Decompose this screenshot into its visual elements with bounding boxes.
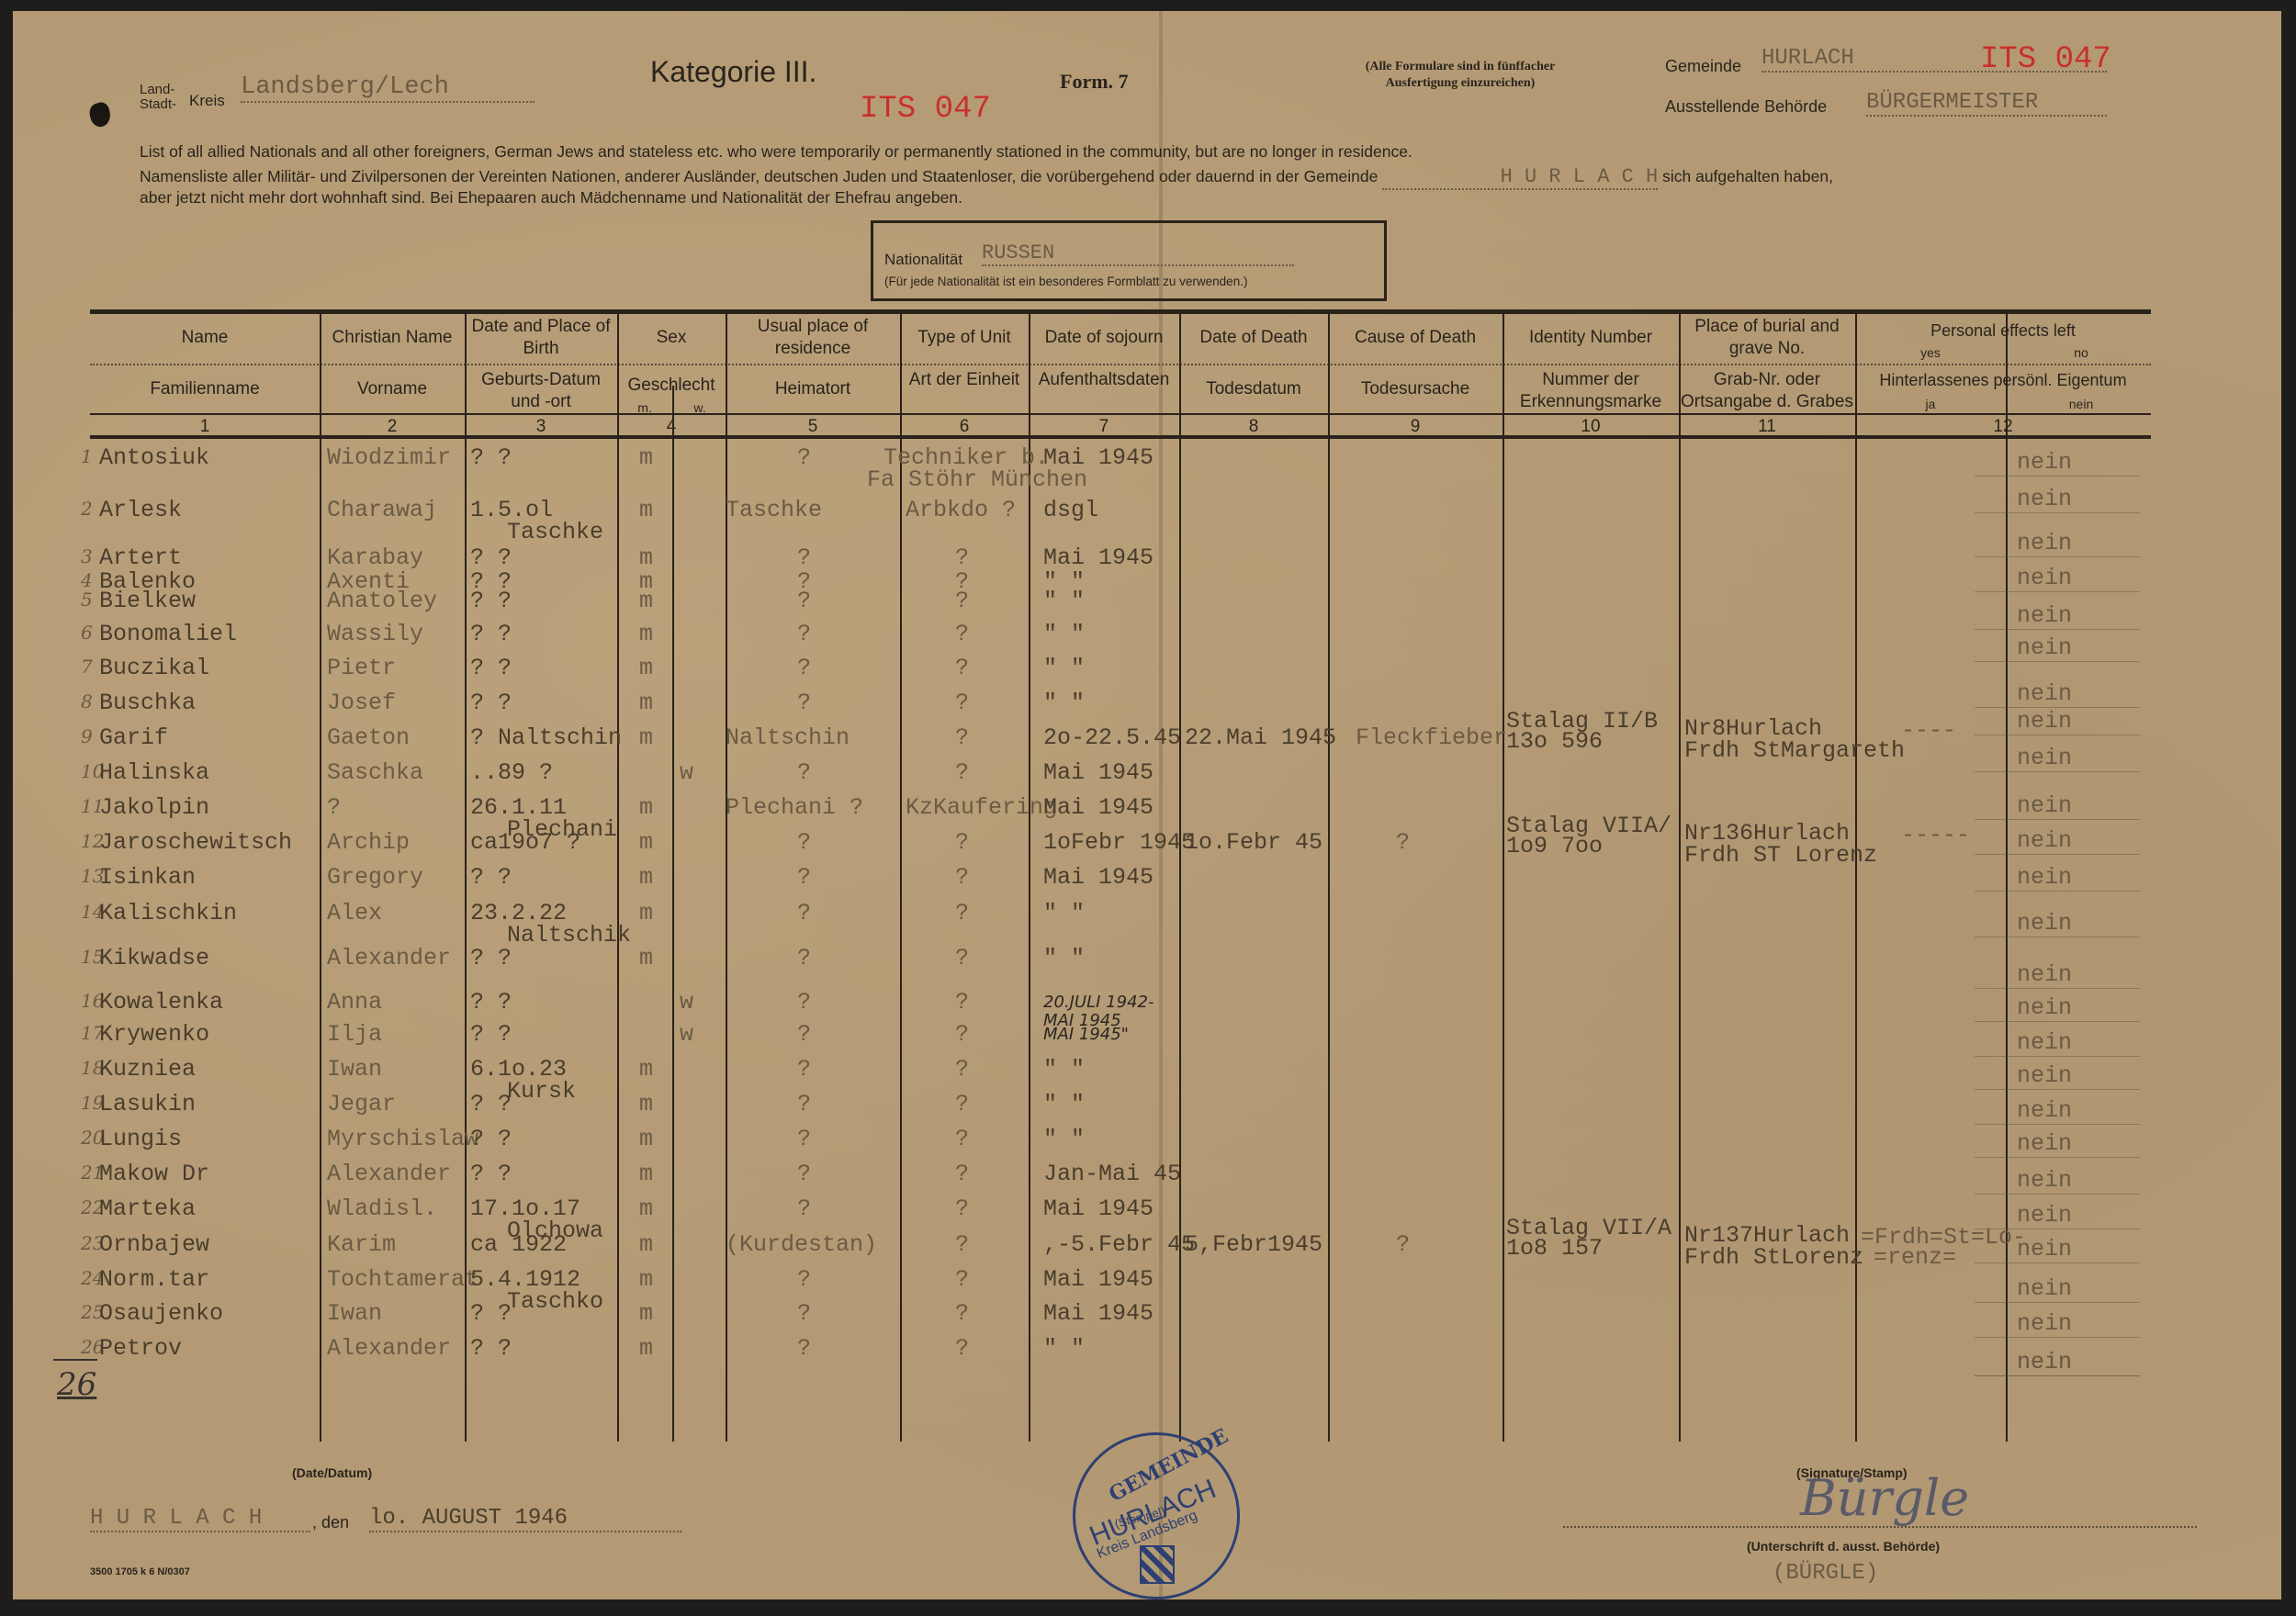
unit-type: ?: [955, 1057, 969, 1083]
surname: Halinska: [99, 760, 209, 786]
residence: ?: [797, 1161, 811, 1187]
sex-m: m: [639, 498, 653, 523]
effects-rule: [1975, 591, 2140, 592]
residence: ?: [797, 865, 811, 891]
table-top-rule: [90, 309, 2151, 314]
footer-place: H U R L A C H: [90, 1506, 310, 1532]
birth-date: ? ?: [470, 1336, 512, 1362]
column-header-de: Geschlecht: [617, 375, 726, 397]
birth-date: ? ?: [470, 946, 512, 971]
row-number: 7: [81, 654, 93, 679]
residence: ?: [797, 622, 811, 647]
sex-sub-w: w.: [672, 397, 727, 419]
first-name: Tochtamerat: [327, 1267, 478, 1293]
surname: Kalischkin: [99, 901, 237, 926]
effects-rule: [1975, 1089, 2140, 1090]
unit-type: ?: [955, 725, 969, 751]
effects-no: nein: [2017, 793, 2072, 819]
effects-sub-yes: yes: [1903, 342, 1958, 364]
total-count: 26: [57, 1366, 96, 1403]
surname: Ornbajew: [99, 1232, 209, 1258]
effects-no: nein: [2017, 911, 2072, 937]
effects-no: nein: [2017, 1350, 2072, 1375]
sojourn-date: Mai 1945: [1043, 545, 1154, 571]
unit-type: ?: [955, 589, 969, 614]
birth-date: ? ?: [470, 1022, 512, 1048]
surname: Osaujenko: [99, 1301, 223, 1327]
surname: Garif: [99, 725, 168, 751]
birth-date: ? ?: [470, 865, 512, 891]
row-number: 8: [81, 689, 93, 714]
effects-rule: [1975, 1056, 2140, 1057]
birth-date: ? Naltschin: [470, 725, 622, 751]
residence: ?: [797, 1022, 811, 1048]
unit-type: ?: [955, 1267, 969, 1293]
its-stamp-2: ITS 047: [1980, 42, 2111, 77]
death-date: 22.Mai 1945: [1185, 725, 1336, 751]
birth-date: ? ?: [470, 589, 512, 614]
residence: ?: [797, 1196, 811, 1222]
birth-place: Naltschik: [507, 923, 631, 948]
column-header-de: Todesursache: [1328, 378, 1503, 400]
residence: ?: [797, 760, 811, 786]
first-name: Anna: [327, 990, 382, 1016]
effects-no: nein: [2017, 1276, 2072, 1302]
column-header-de: Aufenthaltsdaten: [1029, 369, 1179, 391]
signature-sub-label: (Unterschrift d. ausst. Behörde): [1747, 1539, 1940, 1554]
residence: ?: [797, 946, 811, 971]
nationality-label: Nationalität: [884, 251, 962, 269]
row-number: 9: [81, 724, 93, 749]
column-number: 2: [320, 416, 465, 438]
effects-no: nein: [2017, 531, 2072, 556]
effects-no: nein: [2017, 1311, 2072, 1337]
column-header-en: Identity Number: [1503, 327, 1679, 349]
row-number: 6: [81, 620, 93, 645]
identity-number-2: 1o8 157: [1506, 1236, 1603, 1262]
date-label: (Date/Datum): [292, 1465, 372, 1480]
column-divider: [1328, 312, 1330, 1442]
first-name: Karabay: [327, 545, 423, 571]
sex-m: m: [639, 1127, 653, 1152]
column-divider: [1855, 312, 1857, 1442]
surname: Bonomaliel: [99, 622, 237, 647]
unit-type: ?: [955, 690, 969, 716]
effects-no: nein: [2017, 635, 2072, 661]
effects-no: nein: [2017, 1168, 2072, 1194]
sex-w: w: [680, 1022, 693, 1048]
unit-type: ?: [955, 1127, 969, 1152]
effects-no: nein: [2017, 450, 2072, 476]
sojourn-date: Mai 1945: [1043, 760, 1154, 786]
effects-no: nein: [2017, 995, 2072, 1021]
land-label: Land-: [140, 83, 176, 97]
row-number: 2: [81, 496, 93, 522]
stadt-label: Stadt-: [140, 97, 176, 112]
unit-type: ?: [955, 545, 969, 571]
sojourn-date: Mai 1945: [1043, 795, 1154, 821]
surname: Petrov: [99, 1336, 182, 1362]
print-code: 3500 1705 k 6 N/0307: [90, 1566, 190, 1577]
effects-rule: [1975, 1337, 2140, 1338]
effects-rule: [1975, 661, 2140, 662]
sex-m: m: [639, 1336, 653, 1362]
sex-m: m: [639, 901, 653, 926]
effects-rule: [1975, 891, 2140, 892]
effects-no: nein: [2017, 1131, 2072, 1157]
residence: ?: [797, 1092, 811, 1117]
surname: Norm.tar: [99, 1267, 209, 1293]
sex-m: m: [639, 656, 653, 681]
copies-note: (Alle Formulare sind in fünffacher Ausfe…: [1341, 59, 1580, 92]
sex-m: m: [639, 1057, 653, 1083]
first-name: Jegar: [327, 1092, 396, 1117]
sojourn-date: 2o-22.5.45: [1043, 725, 1181, 751]
residence: ?: [797, 1301, 811, 1327]
residence: (Kurdestan): [726, 1232, 877, 1258]
unit-type: ?: [955, 1232, 969, 1258]
form-number: Form. 7: [1060, 70, 1129, 94]
residence: ?: [797, 1336, 811, 1362]
birth-date: ? ?: [470, 690, 512, 716]
surname: Buczikal: [99, 656, 209, 681]
surname: Kuzniea: [99, 1057, 196, 1083]
residence: ?: [797, 589, 811, 614]
total-rule: [53, 1359, 97, 1361]
unit-type: ?: [955, 830, 969, 856]
identity-number-2: 1o9 7oo: [1506, 834, 1603, 859]
row-number: 1: [81, 443, 93, 469]
first-name: Alexander: [327, 946, 451, 971]
burial-place-2: Frdh ST Lorenz: [1684, 843, 1877, 869]
effects-no: nein: [2017, 962, 2072, 988]
first-name: Alexander: [327, 1336, 451, 1362]
column-number: 10: [1503, 416, 1679, 438]
column-header-en: Personal effects left: [1855, 320, 2151, 342]
surname: Makow Dr: [99, 1161, 209, 1187]
effects-rule: [1975, 1124, 2140, 1125]
sex-m: m: [639, 795, 653, 821]
unit-type: ?: [955, 901, 969, 926]
row-number: 5: [81, 587, 93, 612]
table-header-rule: [90, 413, 2151, 415]
unit-type: ?: [955, 1161, 969, 1187]
first-name: Pietr: [327, 656, 396, 681]
effects-rule: [1975, 771, 2140, 772]
column-header-en: Usual place of residence: [726, 316, 900, 360]
sojourn-date: " ": [1043, 589, 1085, 614]
column-divider: [1679, 312, 1681, 1442]
unit-type: ?: [955, 1092, 969, 1117]
column-divider: [672, 386, 674, 1442]
first-name: Gregory: [327, 865, 423, 891]
burial-place-2: Frdh StMargareth: [1684, 738, 1905, 764]
unit-type: ?: [955, 1301, 969, 1327]
sojourn-date: " ": [1043, 690, 1085, 716]
effects-no: nein: [2017, 603, 2072, 629]
surname: Bielkew: [99, 589, 196, 614]
sojourn-date: ,-5.Febr 45: [1043, 1232, 1195, 1258]
column-header-de: Grab-Nr. oder Ortsangabe d. Grabes: [1679, 369, 1855, 413]
surname: Marteka: [99, 1196, 196, 1222]
unit-type: ?: [955, 760, 969, 786]
effects-rule: [1975, 988, 2140, 989]
effects-rule: [1975, 1302, 2140, 1303]
residence: Naltschin: [726, 725, 850, 751]
death-date: 5,Febr1945: [1185, 1232, 1322, 1258]
first-name: Alexander: [327, 1161, 451, 1187]
effects-no: nein: [2017, 566, 2072, 591]
first-name: Alex: [327, 901, 382, 926]
nationality-value: RUSSEN: [982, 241, 1294, 266]
effects-rule: [1975, 1194, 2140, 1195]
sojourn-date: 1oFebr 1945: [1043, 830, 1195, 856]
intro-german-2: aber jetzt nicht mehr dort wohnhaft sind…: [140, 188, 962, 208]
sex-w: w: [680, 760, 693, 786]
gemeinde-label: Gemeinde: [1665, 57, 1741, 76]
surname: Krywenko: [99, 1022, 209, 1048]
birth-place: Kursk: [507, 1079, 576, 1105]
effects-rule: [1975, 1262, 2140, 1263]
residence: ?: [797, 830, 811, 856]
sex-m: m: [639, 1267, 653, 1293]
kreis-label: Kreis: [189, 92, 225, 110]
surname: Kowalenka: [99, 990, 223, 1016]
first-name: Iwan: [327, 1057, 382, 1083]
column-header-de: Art der Einheit: [900, 369, 1029, 391]
kreis-value: Landsberg/Lech: [241, 73, 535, 103]
sex-m: m: [639, 1301, 653, 1327]
first-name: Archip: [327, 830, 410, 856]
column-divider: [726, 312, 727, 1442]
effects-yes-2: =renz=: [1874, 1245, 1956, 1271]
unit-type: KzKaufering: [906, 795, 1057, 821]
effects-rule: [1975, 476, 2140, 477]
birth-date: ? ?: [470, 445, 512, 471]
sojourn-date: " ": [1043, 946, 1085, 971]
effects-yes: -----: [1901, 823, 1970, 848]
sojourn-date: " ": [1043, 901, 1085, 926]
intro-english: List of all allied Nationals and all oth…: [140, 142, 1412, 162]
effects-no: nein: [2017, 828, 2072, 854]
behoerde-value: BÜRGERMEISTER: [1866, 90, 2107, 117]
column-header-en: Christian Name: [320, 327, 465, 349]
column-number: 1: [90, 416, 320, 438]
column-divider: [617, 312, 619, 1442]
column-header-en: Date and Place of Birth: [465, 316, 617, 360]
surname: Artert: [99, 545, 182, 571]
sex-m: m: [639, 690, 653, 716]
unit-type: ?: [955, 1196, 969, 1222]
column-header-de: Hinterlassenes persönl. Eigentum: [1855, 369, 2151, 391]
sojourn-date: Jan-Mai 45: [1043, 1161, 1181, 1187]
sojourn-date: " ": [1043, 1336, 1085, 1362]
row-number: 3: [81, 544, 93, 569]
effects-rule: [1975, 1021, 2140, 1022]
death-cause: ?: [1396, 830, 1410, 856]
first-name: Myrschislaw: [327, 1127, 478, 1152]
effects-no: nein: [2017, 487, 2072, 512]
effects-no: nein: [2017, 746, 2072, 771]
birth-date: ? ?: [470, 622, 512, 647]
column-header-de: Heimatort: [726, 378, 900, 400]
residence: Plechani ?: [726, 795, 863, 821]
first-name: Karim: [327, 1232, 396, 1258]
sojourn-date: Mai 1945: [1043, 1196, 1154, 1222]
column-header-en: Name: [90, 327, 320, 349]
column-number: 4: [617, 416, 726, 438]
sojourn-date: Mai 1945: [1043, 445, 1154, 471]
birth-date: ? ?: [470, 545, 512, 571]
effects-sub-nein: nein: [2054, 393, 2109, 415]
effects-rule: [1975, 937, 2140, 937]
sex-w: w: [680, 990, 693, 1016]
first-name: Anatoley: [327, 589, 437, 614]
effects-rule: [1975, 735, 2140, 735]
death-date: 1o.Febr 45: [1185, 830, 1322, 856]
table-header-divider: [90, 364, 2151, 365]
sex-m: m: [639, 725, 653, 751]
unit-type: ?: [955, 1022, 969, 1048]
surname: Isinkan: [99, 865, 196, 891]
death-cause: ?: [1396, 1232, 1410, 1258]
category-title: Kategorie III.: [650, 55, 816, 89]
sex-m: m: [639, 865, 653, 891]
first-name: Gaeton: [327, 725, 410, 751]
first-name: Wladisl.: [327, 1196, 437, 1222]
first-name: Saschka: [327, 760, 423, 786]
residence: ?: [797, 1267, 811, 1293]
effects-no: nein: [2017, 1063, 2072, 1089]
birth-date: ? ?: [470, 1301, 512, 1327]
effects-rule: [1975, 512, 2140, 513]
unit-type: ?: [955, 990, 969, 1016]
residence: ?: [797, 690, 811, 716]
column-header-en: Type of Unit: [900, 327, 1029, 349]
surname: Buschka: [99, 690, 196, 716]
sex-m: m: [639, 946, 653, 971]
residence: ?: [797, 1057, 811, 1083]
birth-place: Taschko: [507, 1289, 603, 1315]
sojourn-date: " ": [1043, 1092, 1085, 1117]
first-name: Ilja: [327, 1022, 382, 1048]
column-divider: [1179, 312, 1181, 1442]
column-header-en: Place of burial and grave No.: [1679, 316, 1855, 360]
effects-rule: [1975, 854, 2140, 855]
intro-gemeinde-value: H U R L A C H: [1382, 165, 1658, 190]
its-stamp-1: ITS 047: [860, 92, 991, 127]
column-number: 5: [726, 416, 900, 438]
surname: Lungis: [99, 1127, 182, 1152]
signature: Bürgle: [1800, 1469, 1969, 1527]
effects-no: nein: [2017, 681, 2072, 707]
sex-m: m: [639, 622, 653, 647]
sex-m: m: [639, 445, 653, 471]
surname: Arlesk: [99, 498, 182, 523]
effects-rule: [1975, 1157, 2140, 1158]
birth-place: Taschke: [507, 520, 603, 545]
column-header-en: Cause of Death: [1328, 327, 1503, 349]
column-number: 7: [1029, 416, 1179, 438]
residence: ?: [797, 1127, 811, 1152]
column-divider: [1503, 312, 1504, 1442]
effects-no: nein: [2017, 1098, 2072, 1124]
first-name: Wassily: [327, 622, 423, 647]
sojourn-date: dsgl: [1043, 498, 1098, 523]
column-number: 9: [1328, 416, 1503, 438]
bavaria-crest-icon: [1140, 1545, 1175, 1584]
sex-m: m: [639, 1196, 653, 1222]
effects-rule: [1975, 629, 2140, 630]
sojourn-date: MAI 1945": [1043, 1022, 1129, 1048]
column-number: 12: [1855, 416, 2151, 438]
sex-m: m: [639, 830, 653, 856]
effects-sub-ja: ja: [1903, 393, 1958, 415]
sojourn-date: " ": [1043, 622, 1085, 647]
column-divider: [320, 312, 321, 1442]
residence: Taschke: [726, 498, 822, 523]
column-number: 8: [1179, 416, 1328, 438]
surname: Kikwadse: [99, 946, 209, 971]
first-name: Wiodzimir: [327, 445, 451, 471]
column-header-de: Todesdatum: [1179, 378, 1328, 400]
first-name: Iwan: [327, 1301, 382, 1327]
column-header-en: Date of Death: [1179, 327, 1328, 349]
residence: ?: [797, 445, 811, 471]
nationality-box: Nationalität RUSSEN (Für jede Nationalit…: [871, 220, 1387, 301]
effects-yes: ----: [1901, 718, 1956, 744]
column-header-de: Vorname: [320, 378, 465, 400]
surname: Lasukin: [99, 1092, 196, 1117]
unit-type: ?: [955, 946, 969, 971]
birth-date: ? ?: [470, 656, 512, 681]
column-header-en: Sex: [617, 327, 726, 349]
surname: Jakolpin: [99, 795, 209, 821]
effects-rule: [1975, 556, 2140, 557]
sojourn-date: " ": [1043, 1057, 1085, 1083]
sex-m: m: [639, 545, 653, 571]
footer-date: lo. AUGUST 1946: [369, 1506, 681, 1532]
column-header-de: Familienname: [90, 378, 320, 400]
effects-rule: [1975, 1375, 2140, 1376]
sojourn-date: " ": [1043, 656, 1085, 681]
column-number: 6: [900, 416, 1029, 438]
column-number: 3: [465, 416, 617, 438]
column-header-de: Geburts-Datum und -ort: [465, 369, 617, 413]
unit-type: ?: [955, 656, 969, 681]
sex-m: m: [639, 589, 653, 614]
burial-place-2: Frdh StLorenz: [1684, 1245, 1863, 1271]
unit-type-2: Fa Stöhr München: [867, 467, 1087, 493]
residence: ?: [797, 901, 811, 926]
identity-number-2: 13o 596: [1506, 729, 1603, 755]
first-name: Josef: [327, 690, 396, 716]
birth-date: ca 1922: [470, 1232, 567, 1258]
signature-typed-name: (BÜRGLE): [1773, 1561, 1878, 1586]
surname: Antosiuk: [99, 445, 209, 471]
column-header-de: Nummer der Erkennungsmarke: [1503, 369, 1679, 413]
first-name: ?: [327, 795, 341, 821]
death-cause: Fleckfieber: [1356, 725, 1507, 751]
intro-german-1: Namensliste aller Militär- und Zivilpers…: [140, 165, 1833, 190]
effects-no: nein: [2017, 1030, 2072, 1056]
sex-m: m: [639, 1232, 653, 1258]
effects-no: nein: [2017, 709, 2072, 735]
behoerde-label: Ausstellende Behörde: [1665, 97, 1827, 117]
residence: ?: [797, 545, 811, 571]
column-number: 11: [1679, 416, 1855, 438]
residence: ?: [797, 990, 811, 1016]
